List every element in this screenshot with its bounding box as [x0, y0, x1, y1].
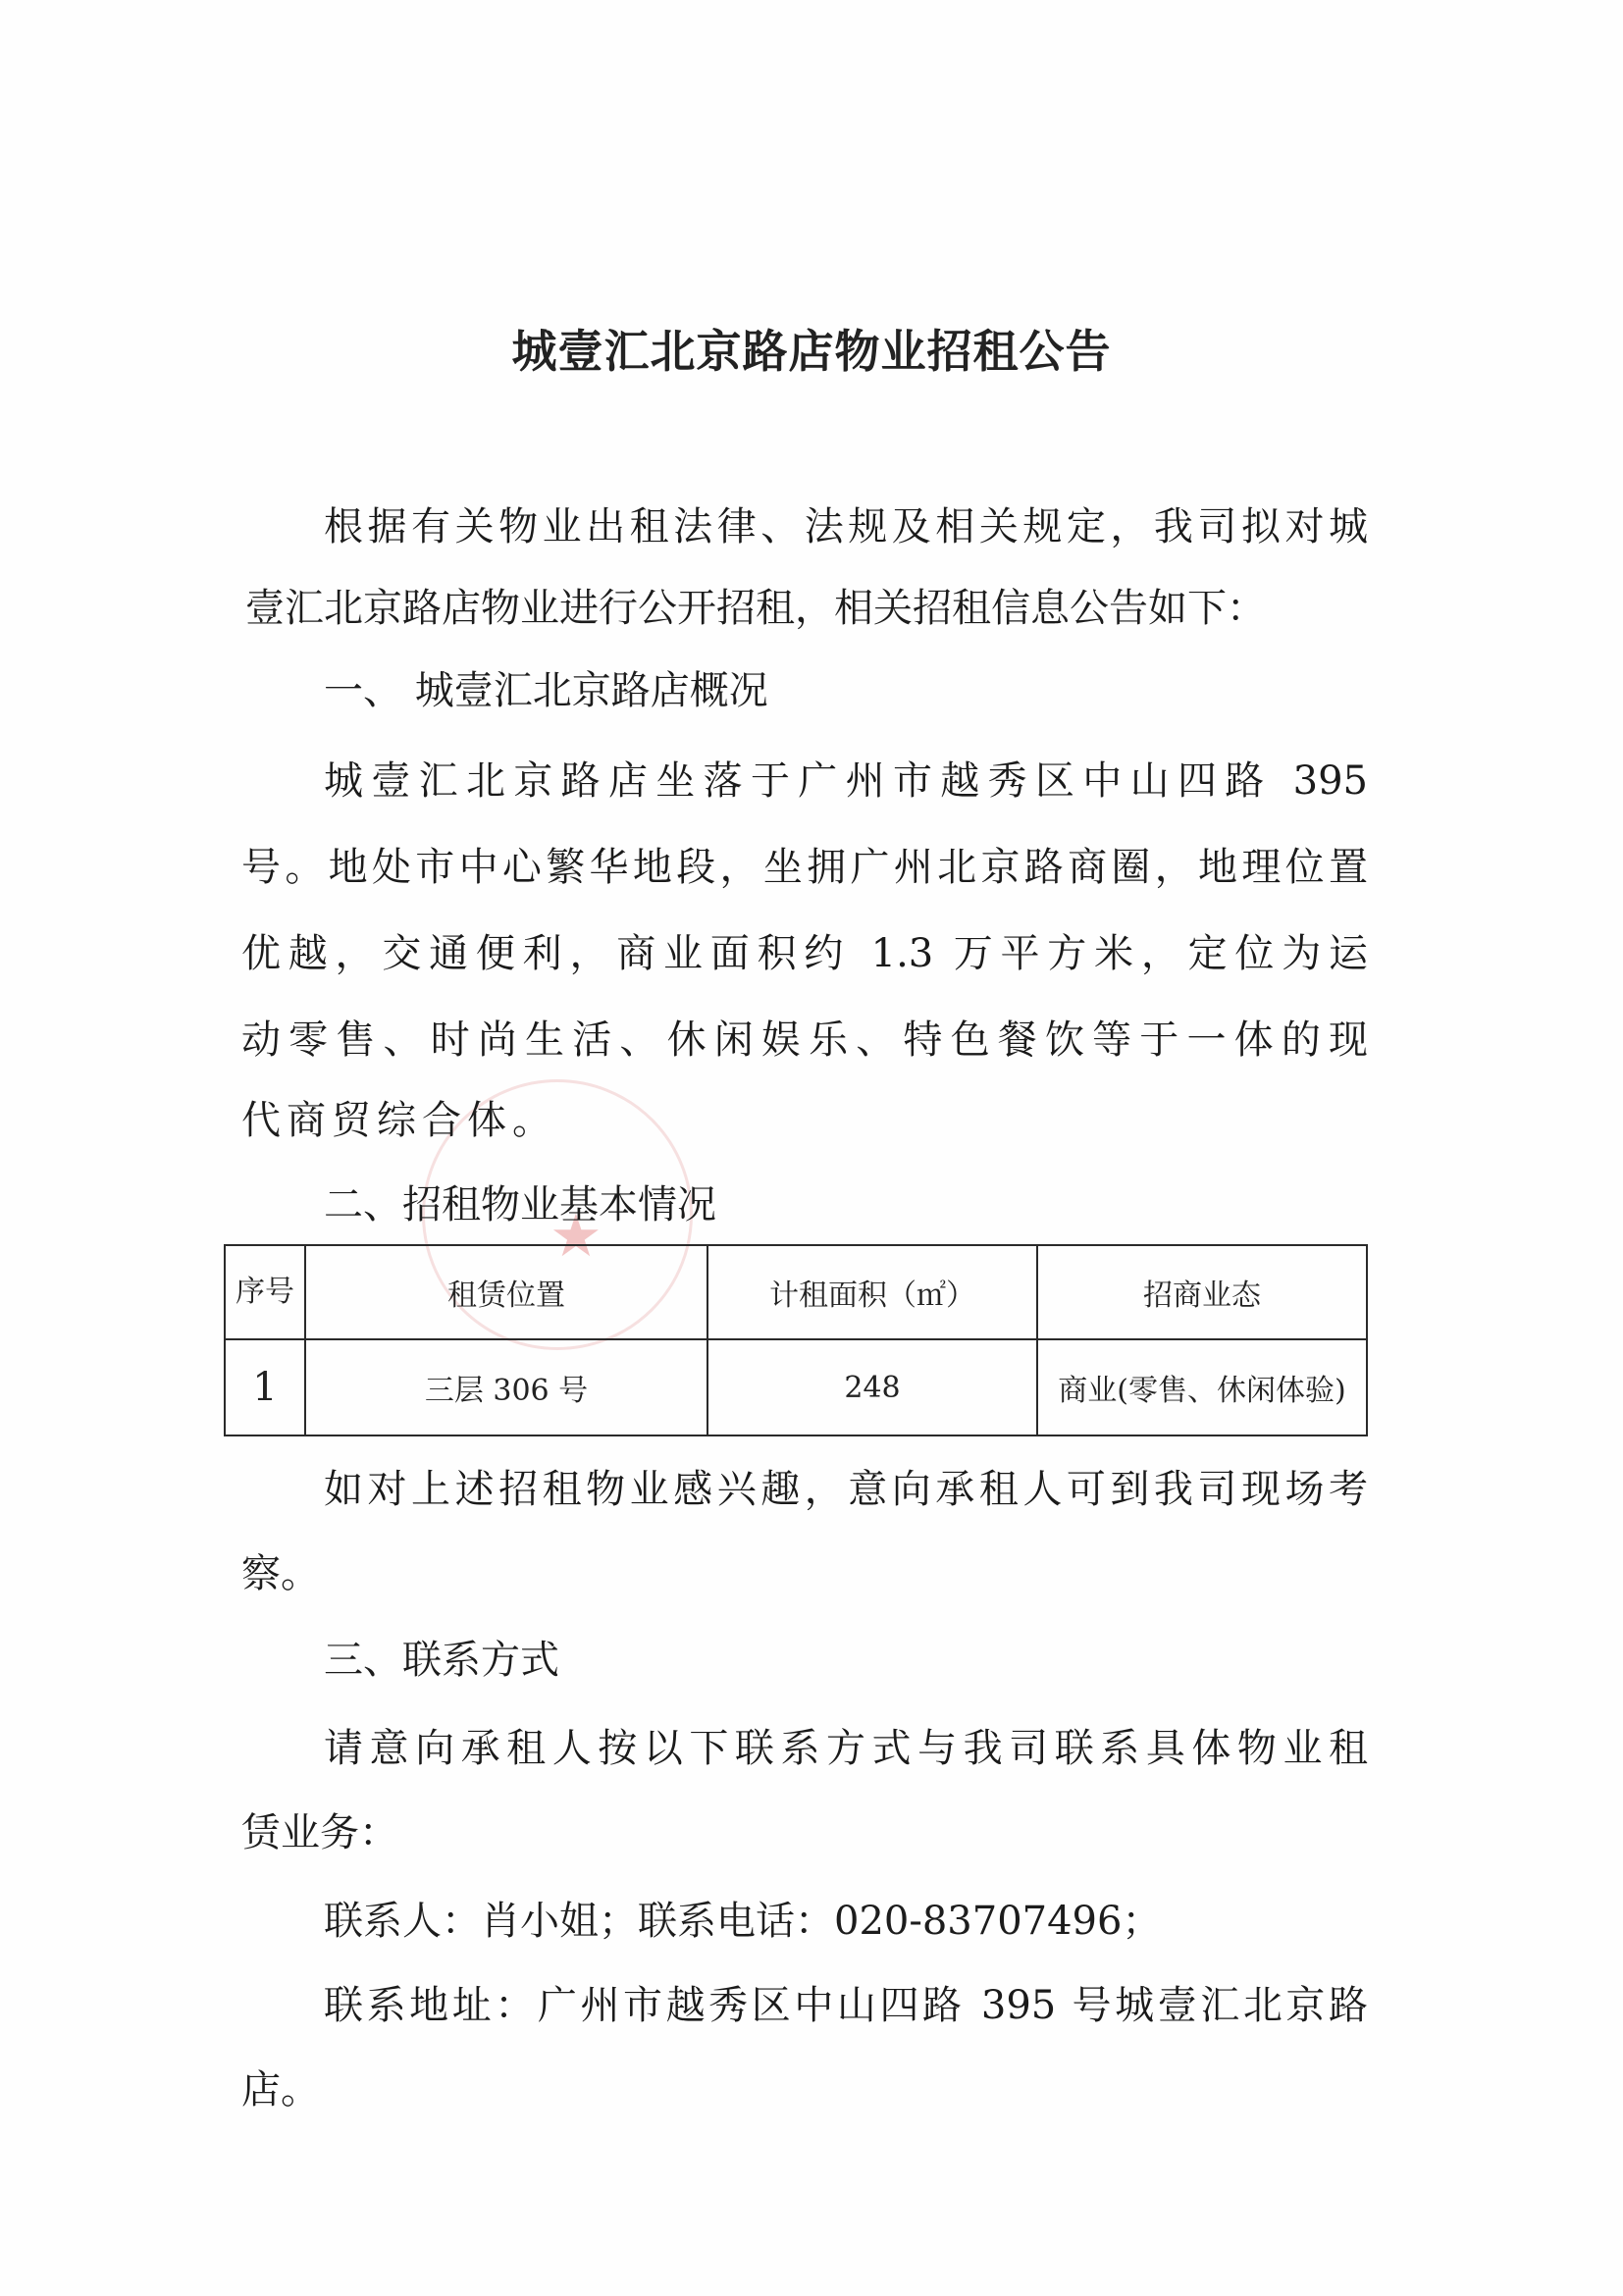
- cell-business-format: 商业(零售、休闲体验): [1037, 1339, 1367, 1435]
- section-1-line-3: 优越，交通便利，商业面积约 1.3 万平方米，定位为运: [241, 922, 1368, 978]
- document-page: ★ 城壹汇北京路店物业招租公告 根据有关物业出租法律、法规及相关规定，我司拟对城…: [0, 0, 1623, 2296]
- section-1-line-1: 城壹汇北京路店坐落于广州市越秀区中山四路 395: [324, 750, 1368, 806]
- intro-line-2: 壹汇北京路店物业进行公开招租，相关招租信息公告如下：: [245, 577, 1266, 633]
- section-2-note-line-2: 察。: [241, 1542, 320, 1598]
- header-business-format: 招商业态: [1037, 1245, 1367, 1339]
- section-1-heading: 一、 城壹汇北京路店概况: [324, 659, 768, 715]
- cell-area: 248: [707, 1339, 1037, 1435]
- header-location: 租赁位置: [305, 1245, 707, 1339]
- table-header-row: 序号 租赁位置 计租面积（㎡） 招商业态: [225, 1245, 1367, 1339]
- table-row: 1 三层 306 号 248 商业(零售、休闲体验): [225, 1339, 1367, 1435]
- header-area: 计租面积（㎡）: [707, 1245, 1037, 1339]
- intro-line-1: 根据有关物业出租法律、法规及相关规定，我司拟对城: [324, 496, 1368, 551]
- section-1-line-4: 动零售、时尚生活、休闲娱乐、特色餐饮等于一体的现: [241, 1009, 1368, 1065]
- contact-person-phone: 联系人：肖小姐；联系电话：020-83707496；: [324, 1890, 1161, 1946]
- rental-property-table: 序号 租赁位置 计租面积（㎡） 招商业态 1 三层 306 号 248 商业(零…: [224, 1244, 1368, 1436]
- cell-seq: 1: [225, 1339, 305, 1435]
- cell-location: 三层 306 号: [305, 1339, 707, 1435]
- header-seq: 序号: [225, 1245, 305, 1339]
- section-1-line-2: 号。地处市中心繁华地段，坐拥广州北京路商圈，地理位置: [241, 836, 1368, 892]
- contact-address-line-2: 店。: [241, 2059, 320, 2114]
- section-2-note-line-1: 如对上述招租物业感兴趣，意向承租人可到我司现场考: [324, 1458, 1368, 1514]
- section-3-line-2: 赁业务：: [241, 1801, 398, 1857]
- section-2-heading: 二、招租物业基本情况: [324, 1174, 716, 1229]
- section-1-line-5: 代商贸综合体。: [241, 1089, 557, 1145]
- section-3-heading: 三、联系方式: [324, 1629, 559, 1685]
- section-3-line-1: 请意向承租人按以下联系方式与我司联系具体物业租: [324, 1717, 1368, 1773]
- page-title: 城壹汇北京路店物业招租公告: [0, 316, 1623, 381]
- contact-address-line-1: 联系地址：广州市越秀区中山四路 395 号城壹汇北京路: [324, 1974, 1368, 2030]
